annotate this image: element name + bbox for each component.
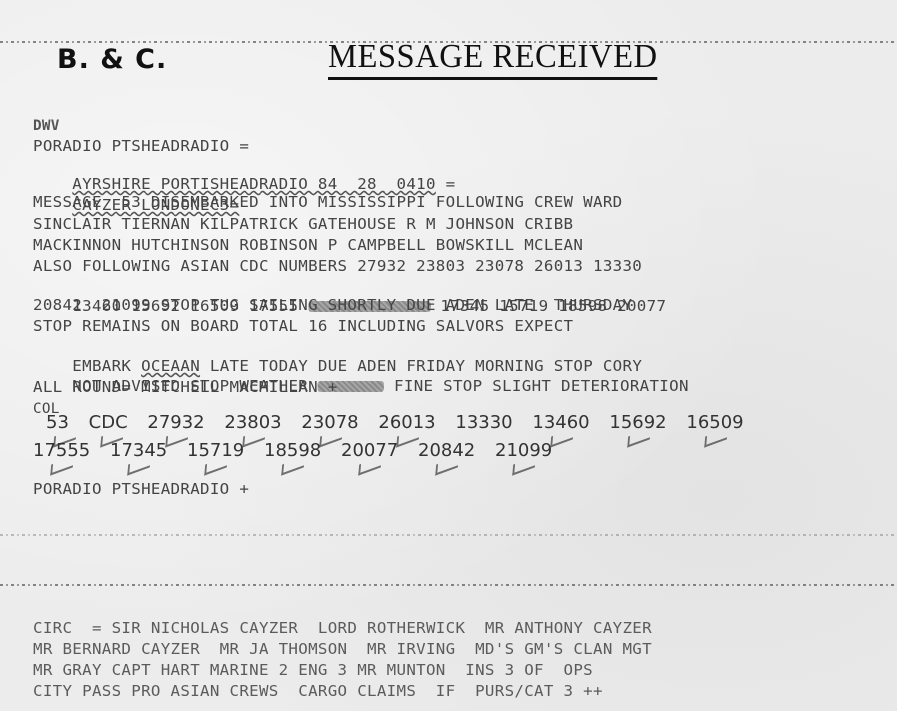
collation-item: 17345 — [110, 440, 167, 461]
end-line: PORADIO PTSHEADRADIO + — [33, 479, 249, 499]
collation-row-1: 53 CDC 27932 23803 23078 26013 13330 134… — [46, 412, 758, 433]
collation-item: 15692 — [609, 412, 666, 433]
body-line-2: SINCLAIR TIERNAN KILPATRICK GATEHOUSE R … — [33, 214, 573, 234]
collation-row-2: 17555 17345 15719 18598 20077 20842 2109… — [33, 440, 566, 461]
collation-item: 23803 — [224, 412, 281, 433]
collation-item: 26013 — [378, 412, 435, 433]
company-brand: B. & C. — [57, 44, 167, 75]
circulation-line-1: CIRC = SIR NICHOLAS CAYZER LORD ROTHERWI… — [33, 618, 652, 638]
routing-date-time: 28 0410 — [357, 175, 436, 193]
collation-item: 15719 — [187, 440, 244, 461]
collation-item: 27932 — [147, 412, 204, 433]
collation-item: CDC — [89, 412, 128, 433]
origin-line: PORADIO PTSHEADRADIO = — [33, 136, 249, 156]
collation-item: 20077 — [341, 440, 398, 461]
collation-item: 17555 — [33, 440, 90, 461]
routing-end: = — [436, 175, 456, 193]
body-line-6: 20842 21099 STOP TUG SAILING SHORTLY DUE… — [33, 295, 632, 315]
collation-item: 13460 — [532, 412, 589, 433]
perforation-lower — [0, 584, 897, 586]
page-title: MESSAGE RECEIVED — [328, 38, 658, 80]
circulation-line-2: MR BERNARD CAYZER MR JA THOMSON MR IRVIN… — [33, 639, 652, 659]
perforation-middle — [0, 534, 897, 536]
collation-item: 16509 — [686, 412, 743, 433]
circulation-line-4: CITY PASS PRO ASIAN CREWS CARGO CLAIMS I… — [33, 681, 603, 701]
body-line-1: MESSAGE 53 DISEMBARKED INTO MISSISSIPPI … — [33, 192, 622, 212]
collation-item: 13330 — [455, 412, 512, 433]
collation-item: 20842 — [418, 440, 475, 461]
body-line-3: MACKINNON HUTCHINSON ROBINSON P CAMPBELL… — [33, 235, 583, 255]
collation-item: 18598 — [264, 440, 321, 461]
collation-item: 53 — [46, 412, 69, 433]
operator-code: DWV — [33, 116, 60, 136]
body-line-4: ALSO FOLLOWING ASIAN CDC NUMBERS 27932 2… — [33, 256, 642, 276]
signoff-line: ALL ROUND= MITCHELL MACMILLAN + — [33, 377, 338, 397]
collation-item: 23078 — [301, 412, 358, 433]
body-line-7: STOP REMAINS ON BOARD TOTAL 16 INCLUDING… — [33, 316, 573, 336]
circulation-line-3: MR GRAY CAPT HART MARINE 2 ENG 3 MR MUNT… — [33, 660, 593, 680]
collation-item: 21099 — [495, 440, 552, 461]
